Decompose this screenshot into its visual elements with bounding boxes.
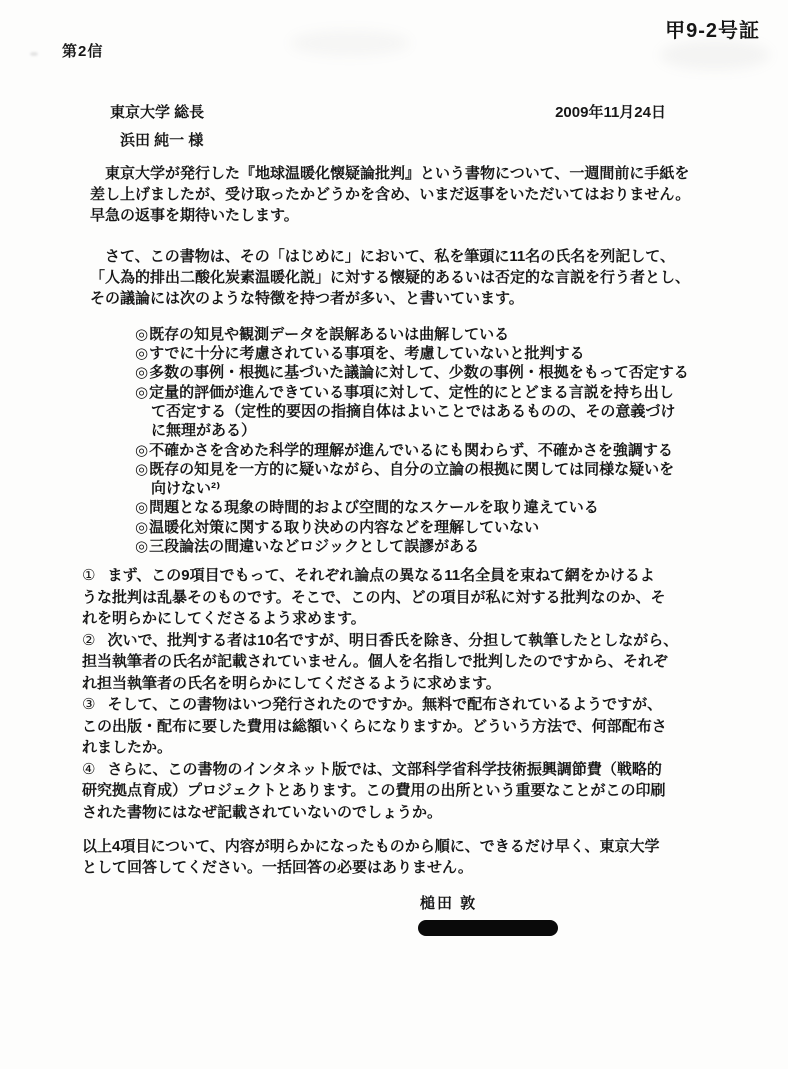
closing-paragraph: 以上4項目について、内容が明らかになったものから順に、できるだけ早く、東京大学と… [82,836,730,878]
list-item-text: 三段論法の間違いなどロジックとして誤謬がある [149,538,479,555]
list-item-text: 既存の知見を一方的に疑いながら、自分の立論の根拠に関しては同様な疑いを [149,461,674,478]
claims-bullet-list: ◎既存の知見や観測データを誤解あるいは曲解している◎すでに十分に考慮されている事… [135,325,788,557]
list-marker: ◎ [135,364,148,381]
text-line: ③そして、この書物はいつ発行されたのですか。無料で配布されているようですが、 [82,694,730,716]
text-line: として回答してください。一括回答の必要はありません。 [82,857,730,878]
text-line: 以上4項目について、内容が明らかになったものから順に、できるだけ早く、東京大学 [82,836,730,857]
list-marker: ◎ [135,326,148,343]
text-line: ②次いで、批判する者は10名ですが、明日香氏を除き、分担して執筆したとしながら、 [82,630,730,652]
text-line: ◎不確かさを含めた科学的理解が進んでいるにも関わらず、不確かさを強調する [135,441,788,460]
list-marker: ③ [82,696,95,713]
address-date-row: 東京大学 総長 2009年11月24日 [110,103,666,123]
list-item-text: さらに、この書物のインタネット版では、文部科学省科学技術振興調節費（戦略的 [107,761,661,778]
list-item-text: 問題となる現象の時間的および空間的なスケールを取り違えている [149,499,599,516]
text-line: ◎温暖化対策に関する取り決めの内容などを理解していない [135,518,788,537]
list-marker: ① [82,567,95,584]
list-item-text: 温暖化対策に関する取り決めの内容などを理解していない [149,519,539,536]
sender-name: 槌田 敦 [420,894,788,914]
text-line: に無理がある） [135,421,788,440]
recipient-name: 浜田 純一 様 [120,131,788,151]
list-marker: ◎ [135,345,148,362]
text-line: その議論には次のような特徴を持つ者が多い、と書いています。 [90,289,728,310]
text-line: 早急の返事を期待いたします。 [90,206,728,227]
list-marker: ◎ [135,384,148,401]
list-item-text: 定量的評価が進んできている事項に対して、定性的にとどまる言説を持ち出し [149,384,674,401]
text-line: て否定する（定性的要因の指摘自体はよいことではあるものの、その意義づけ [135,402,788,421]
list-item-text: すでに十分に考慮されている事項を、考慮していないと批判する [149,345,584,362]
text-line: この出版・配布に要した費用は総額いくらになりますか。どういう方法で、何部配布さ [82,716,730,738]
text-line: さて、この書物は、その「はじめに」において、私を筆頭に11名の氏名を列記して、 [90,247,728,268]
letter-date: 2009年11月24日 [555,103,666,123]
recipient-organization: 東京大学 総長 [110,103,204,123]
text-line: れましたか。 [82,737,730,759]
list-marker: ② [82,632,95,649]
list-item-text: そして、この書物はいつ発行されたのですか。無料で配布されているようですが、 [107,696,662,713]
text-line: ◎定量的評価が進んできている事項に対して、定性的にとどまる言説を持ち出し [135,383,788,402]
intro-paragraph: さて、この書物は、その「はじめに」において、私を筆頭に11名の氏名を列記して、「… [90,247,728,309]
list-item-text: まず、この9項目でもって、それぞれ論点の異なる11名全員を束ねて網をかけるよ [107,567,654,584]
numbered-questions: ①まず、この9項目でもって、それぞれ論点の異なる11名全員を束ねて網をかけるよう… [82,565,730,823]
list-item-text: 既存の知見や観測データを誤解あるいは曲解している [149,326,509,343]
list-marker: ◎ [135,442,148,459]
text-line: 東京大学が発行した『地球温暖化懐疑論批判』という書物について、一週間前に手紙を [90,164,728,185]
text-line: ◎既存の知見を一方的に疑いながら、自分の立論の根拠に関しては同様な疑いを [135,460,788,479]
list-item-text: 不確かさを含めた科学的理解が進んでいるにも関わらず、不確かさを強調する [149,442,673,459]
text-line: ◎すでに十分に考慮されている事項を、考慮していないと批判する [135,344,788,363]
text-line: うな批判は乱暴そのものです。そこで、この内、どの項目が私に対する批判なのか、そ [82,587,730,609]
list-marker: ◎ [135,461,148,478]
list-marker: ◎ [135,538,148,555]
text-line: 担当執筆者の氏名が記載されていません。個人を名指しで批判したのですから、それぞ [82,651,730,673]
letter-body: 東京大学 総長 2009年11月24日 浜田 純一 様 東京大学が発行した『地球… [0,0,788,936]
text-line: ◎三段論法の間違いなどロジックとして誤謬がある [135,537,788,556]
text-line: 差し上げましたが、受け取ったかどうかを含め、いまだ返事をいただいてはおりません。 [90,185,728,206]
list-marker: ◎ [135,499,148,516]
redaction-bar [418,920,558,936]
text-line: れを明らかにしてくださるよう求めます。 [82,608,730,630]
text-line: れ担当執筆者の氏名を明らかにしてくださるように求めます。 [82,673,730,695]
list-marker: ④ [82,761,95,778]
text-line: 向けない²⁾ [135,479,788,498]
list-marker: ◎ [135,519,148,536]
text-line: 研究拠点育成）プロジェクトとあります。この費用の出所という重要なことがこの印刷 [82,780,730,802]
text-line: された書物にはなぜ記載されていないのでしょうか。 [82,802,730,824]
text-line: ◎既存の知見や観測データを誤解あるいは曲解している [135,325,788,344]
opening-paragraph: 東京大学が発行した『地球温暖化懐疑論批判』という書物について、一週間前に手紙を差… [90,164,728,226]
text-line: ◎問題となる現象の時間的および空間的なスケールを取り違えている [135,498,788,517]
signature-block: 槌田 敦 [420,894,788,936]
text-line: 「人為的排出二酸化炭素温暖化説」に対する懐疑的あるいは否定的な言説を行う者とし、 [90,268,728,289]
text-line: ④さらに、この書物のインタネット版では、文部科学省科学技術振興調節費（戦略的 [82,759,730,781]
list-item-text: 多数の事例・根拠に基づいた議論に対して、少数の事例・根拠をもって否定する [149,364,689,381]
text-line: ①まず、この9項目でもって、それぞれ論点の異なる11名全員を束ねて網をかけるよ [82,565,730,587]
scanned-letter-page: 甲9-2号証 第2信 東京大学 総長 2009年11月24日 浜田 純一 様 東… [0,0,788,1069]
text-line: ◎多数の事例・根拠に基づいた議論に対して、少数の事例・根拠をもって否定する [135,363,788,382]
list-item-text: 次いで、批判する者は10名ですが、明日香氏を除き、分担して執筆したとしながら、 [107,632,678,649]
